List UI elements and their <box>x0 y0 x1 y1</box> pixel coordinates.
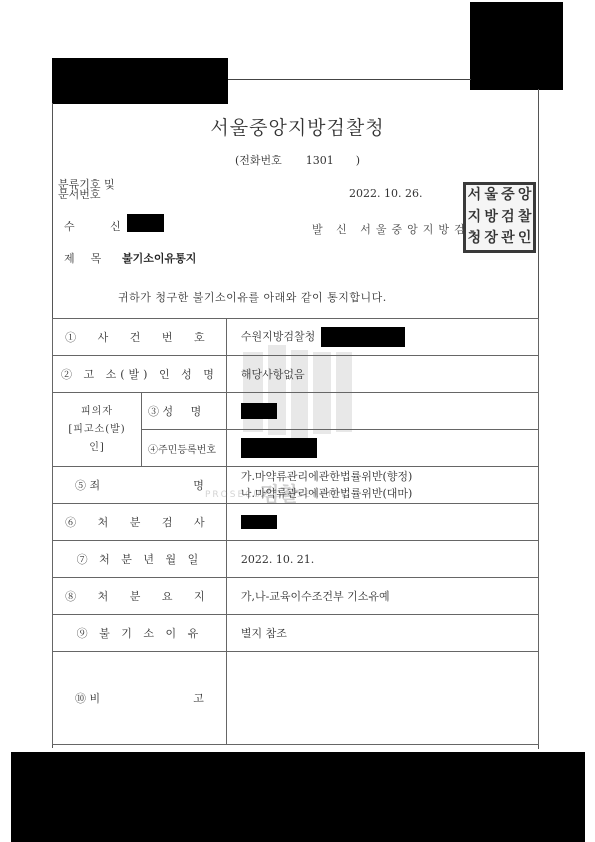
intro-text: 귀하가 청구한 불기소이유를 아래와 같이 통지합니다. <box>118 289 387 305</box>
table-row: ⑩ 비고 <box>53 652 539 745</box>
disposition-summary-label: ⑧ 처 분 요 지 <box>53 578 227 615</box>
suspect-name-label: ③ 성 명 <box>142 393 227 430</box>
prosecutor-value <box>226 504 538 541</box>
disposition-date-value: 2022. 10. 21. <box>226 541 538 578</box>
redaction-bottom <box>11 752 585 842</box>
disposition-summary-value: 가,나-교육이수조건부 기소유예 <box>226 578 538 615</box>
seal-char: 관 <box>500 228 517 250</box>
disposition-date-label: ⑦ 처 분 년 월 일 <box>53 541 227 578</box>
table-row: ② 고 소(발) 인 성 명 해당사항없음 <box>53 356 539 393</box>
table-row: ⑦ 처 분 년 월 일 2022. 10. 21. <box>53 541 539 578</box>
suspect-name-redaction <box>241 403 277 419</box>
remarks-label: ⑩ 비고 <box>53 652 227 745</box>
recipient-redaction <box>127 214 164 232</box>
suspect-group-label: 피의자 [피고소(발)인] <box>53 393 142 467</box>
notice-table: ① 사 건 번 호 수원지방검찰청 ② 고 소(발) 인 성 명 해당사항없음 … <box>52 318 539 745</box>
remarks-label-right: 고 <box>193 690 204 706</box>
non-prosecution-reason-label: ⑨ 불 기 소 이 유 <box>53 615 227 652</box>
seal-char: 장 <box>483 228 500 250</box>
frame-top-line <box>228 79 471 80</box>
table-row: ⑧ 처 분 요 지 가,나-교육이수조건부 기소유예 <box>53 578 539 615</box>
seal-char: 인 <box>516 228 533 250</box>
redaction-top-right <box>470 2 563 90</box>
suspect-group-label-line1: 피의자 <box>61 403 133 421</box>
complainant-label: ② 고 소(발) 인 성 명 <box>53 356 227 393</box>
seal-char: 울 <box>483 185 500 207</box>
case-number-office: 수원지방검찰청 <box>241 330 315 343</box>
subject-label: 제목 <box>64 250 117 266</box>
case-number-value: 수원지방검찰청 <box>226 319 538 356</box>
classification-label: 분류기호 및 문서번호 <box>58 180 115 200</box>
recipient-label: 수 신 <box>64 218 137 234</box>
suspect-name-value <box>226 393 538 430</box>
redaction-top-left <box>52 58 228 104</box>
document-date: 2022. 10. 26. <box>349 187 422 200</box>
table-row: ⑨ 불 기 소 이 유 별지 참조 <box>53 615 539 652</box>
charge-line-2: 나.마약류관리에관한법률위반(대마) <box>241 485 530 502</box>
charge-value: 가.마약류관리에관한법률위반(향정) 나.마약류관리에관한법률위반(대마) <box>226 467 538 504</box>
subject-label-2: 목 <box>91 252 102 265</box>
charge-label: ⑤ 죄명 <box>53 467 227 504</box>
seal-char: 지 <box>466 207 483 229</box>
resident-number-value <box>226 430 538 467</box>
subject-label-1: 제 <box>64 252 75 265</box>
table-row: 피의자 [피고소(발)인] ③ 성 명 <box>53 393 539 430</box>
non-prosecution-reason-value: 별지 참조 <box>226 615 538 652</box>
seal-char: 검 <box>500 207 517 229</box>
resident-number-redaction <box>241 438 317 458</box>
remarks-label-left: ⑩ 비 <box>75 690 100 706</box>
subject: 불기소이유통지 <box>122 250 196 266</box>
case-number-label: ① 사 건 번 호 <box>53 319 227 356</box>
seal-char: 앙 <box>516 185 533 207</box>
suspect-group-label-line2: [피고소(발)인] <box>61 421 133 457</box>
remarks-value <box>226 652 538 745</box>
classification-label-line2: 문서번호 <box>58 190 115 200</box>
prosecutor-redaction <box>241 515 277 529</box>
official-seal: 서 울 중 앙 지 방 검 찰 청 장 관 인 <box>463 182 536 253</box>
prosecutor-label: ⑥ 처 분 검 사 <box>53 504 227 541</box>
charge-label-left: ⑤ 죄 <box>75 477 100 493</box>
charge-label-right: 명 <box>193 477 204 493</box>
agency-title: 서울중앙지방검찰청 <box>0 113 595 140</box>
phone-label: (전화번호 <box>235 154 282 167</box>
charge-line-1: 가.마약류관리에관한법률위반(향정) <box>241 468 530 485</box>
seal-char: 방 <box>483 207 500 229</box>
table-row: ① 사 건 번 호 수원지방검찰청 <box>53 319 539 356</box>
seal-char: 중 <box>500 185 517 207</box>
seal-char: 서 <box>466 185 483 207</box>
phone-close: ) <box>356 154 360 167</box>
seal-char: 찰 <box>516 207 533 229</box>
table-row: ⑥ 처 분 검 사 <box>53 504 539 541</box>
complainant-value: 해당사항없음 <box>226 356 538 393</box>
seal-char: 청 <box>466 228 483 250</box>
resident-number-label: ④주민등록번호 <box>142 430 227 467</box>
phone-number: 1301 <box>306 154 334 167</box>
table-row: ⑤ 죄명 가.마약류관리에관한법률위반(향정) 나.마약류관리에관한법률위반(대… <box>53 467 539 504</box>
phone-line: (전화번호1301) <box>0 152 595 168</box>
case-number-redaction <box>321 327 405 347</box>
